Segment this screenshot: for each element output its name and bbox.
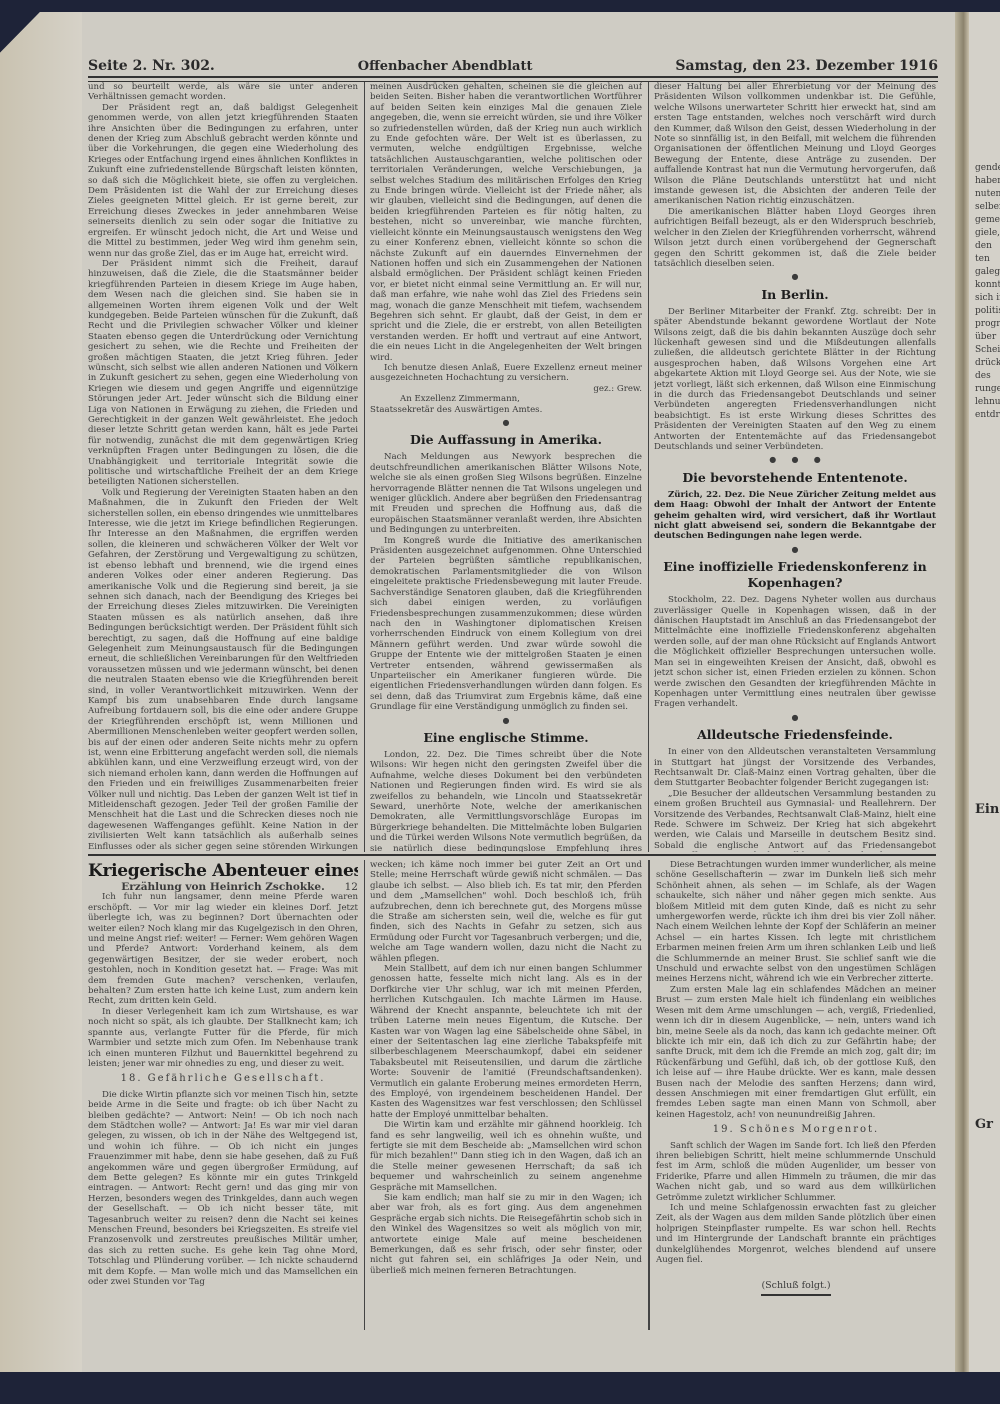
paragraph: Die dicke Wirtin pflanzte sich vor meine…: [88, 1090, 358, 1288]
chapter-heading: 19. Schönes Morgenrot.: [656, 1125, 936, 1135]
feuilleton-column-2: wecken; ich käme noch immer bei guter Ze…: [370, 860, 642, 1330]
text-fragment: rungen: [969, 383, 1000, 396]
paragraph: Die Wirtin kam und erzählte mir gähnend …: [370, 1120, 642, 1193]
headline-ententenote: Die bevorstehende Ententenote.: [654, 470, 936, 486]
text-fragment: nuten: [969, 188, 1000, 201]
paragraph: Stockholm, 22. Dez. Dagens Nyheter wolle…: [654, 595, 936, 709]
headline-englische-stimme: Eine englische Stimme.: [370, 730, 642, 746]
paragraph: Die amerikanischen Blätter haben Lloyd G…: [654, 207, 936, 269]
adjacent-page: gende haben nuten selben gemein giele, d…: [969, 12, 1000, 1372]
separator-dot: ●: [654, 713, 936, 723]
paragraph: wecken; ich käme noch immer bei guter Ze…: [370, 860, 642, 964]
next-page-headline: Ein: [969, 802, 1000, 817]
paragraph: meinen Ausdrücken gehalten, scheinen sie…: [370, 82, 642, 363]
paragraph: Zum ersten Male lag ein schlafendes Mädc…: [656, 985, 936, 1120]
text-fragment: konnte: [969, 279, 1000, 292]
continuation-note: (Schluß folgt.): [656, 1281, 936, 1291]
column-divider: [364, 860, 365, 1330]
text-fragment: entdrü: [969, 409, 1000, 422]
headline-in-berlin: In Berlin.: [654, 287, 936, 303]
column-2: meinen Ausdrücken gehalten, scheinen sie…: [370, 82, 642, 852]
schluss-folgt: (Schluß folgt.): [761, 1280, 830, 1296]
newspaper-title: Offenbacher Abendblatt: [358, 59, 533, 74]
feuilleton-divider: [88, 854, 936, 856]
next-page-headline: Gr: [969, 1117, 1000, 1132]
paragraph: Sie kam endlich; man half sie zu mir in …: [370, 1193, 642, 1276]
text-fragment: drückli: [969, 357, 1000, 370]
signature: gez.: Grew.: [370, 384, 642, 394]
column-1: und so beurteilt werde, als wäre sie unt…: [88, 82, 358, 852]
newspaper-page: Seite 2. Nr. 302. Offenbacher Abendblatt…: [0, 12, 1000, 1372]
paragraph: In dieser Verlegenheit kam ich zum Wirts…: [88, 1007, 358, 1069]
separator-dot: ●: [654, 272, 936, 282]
feuilleton-column-1: Kriegerische Abenteuer eines Friedfertig…: [88, 860, 358, 1330]
paragraph: Mein Stallbett, auf dem ich nur einen ba…: [370, 964, 642, 1120]
text-fragment: lehnung: [969, 396, 1000, 409]
page-gutter: [0, 12, 82, 1372]
text-fragment: ten: [969, 253, 1000, 266]
column-3: dieser Haltung bei aller Ehrerbietung vo…: [654, 82, 936, 852]
addressee: An Exzellenz Zimmermann,: [370, 394, 642, 404]
paragraph: und so beurteilt werde, als wäre sie unt…: [88, 82, 358, 103]
headline-amerika: Die Auffassung in Amerika.: [370, 432, 642, 448]
headline-alldeutsche: Alldeutsche Friedensfeinde.: [654, 727, 936, 743]
addressee: Staatssekretär des Auswärtigen Amtes.: [370, 405, 642, 415]
text-fragment: galegen: [969, 266, 1000, 279]
text-fragment: selben: [969, 201, 1000, 214]
text-fragment: progra: [969, 318, 1000, 331]
paragraph: Sanft schlich der Wagen im Sande fort. I…: [656, 1141, 936, 1203]
paragraph: Der Berliner Mitarbeiter der Frankf. Ztg…: [654, 307, 936, 453]
column-divider: [364, 82, 365, 852]
chapter-heading: 18. Gefährliche Gesellschaft.: [88, 1074, 358, 1084]
text-fragment: gemein: [969, 214, 1000, 227]
separator-dot: ●: [370, 418, 642, 428]
paragraph: Der Präsident nimmt sich die Freiheit, d…: [88, 259, 358, 488]
byline: Erzählung von Heinrich Zschokke. 12: [88, 882, 358, 892]
column-divider: [648, 82, 649, 852]
paragraph: dieser Haltung bei aller Ehrerbietung vo…: [654, 82, 936, 207]
paragraph: Im Kongreß wurde die Initiative des amer…: [370, 536, 642, 713]
text-fragment: sich im: [969, 292, 1000, 305]
paragraph: Diese Betrachtungen wurden immer wunderl…: [656, 860, 936, 985]
paragraph: Volk und Regierung der Vereinigten Staat…: [88, 488, 358, 852]
paragraph: Zürich, 22. Dez. Die Neue Züricher Zeitu…: [654, 490, 936, 542]
feuilleton-column-3: Diese Betrachtungen wurden immer wunderl…: [656, 860, 936, 1330]
text-fragment: über: [969, 331, 1000, 344]
separator-dot: ●: [370, 716, 642, 726]
text-fragment: politis: [969, 305, 1000, 318]
column-divider: [648, 860, 650, 1330]
page-header: Seite 2. Nr. 302. Offenbacher Abendblatt…: [88, 52, 938, 74]
author-line: Erzählung von Heinrich Zschokke.: [121, 881, 325, 893]
text-fragment: des: [969, 370, 1000, 383]
text-fragment: den: [969, 240, 1000, 253]
text-fragment: haben: [969, 175, 1000, 188]
text-fragment: giele,: [969, 227, 1000, 240]
paragraph: Ich benutze diesen Anlaß, Euere Exzellen…: [370, 363, 642, 384]
separator-dots: ● ● ●: [654, 455, 936, 465]
headline-friedenskonferenz: Eine inoffizielle Friedenskonferenz in K…: [654, 559, 936, 591]
page-number: Seite 2. Nr. 302.: [88, 58, 215, 74]
text-fragment: Scheide: [969, 344, 1000, 357]
paragraph: „Die Besucher der alldeutschen Versammlu…: [654, 789, 936, 852]
feuilleton-title: Kriegerische Abenteuer eines Friedfertig…: [88, 860, 358, 882]
paragraph: Ich und meine Schlafgenossin erwachten f…: [656, 1203, 936, 1265]
separator-dot: ●: [654, 545, 936, 555]
paragraph: Der Präsident regt an, daß baldigst Gele…: [88, 103, 358, 259]
installment-number: 12: [345, 882, 358, 892]
paragraph: London, 22. Dez. Die Times schreibt über…: [370, 750, 642, 852]
paragraph: Nach Meldungen aus Newyork besprechen di…: [370, 452, 642, 535]
book-spine: [955, 12, 969, 1372]
paragraph: Ich fuhr nun langsamer, denn meine Pferd…: [88, 892, 358, 1006]
paragraph: In einer von den Alldeutschen veranstalt…: [654, 747, 936, 789]
issue-date: Samstag, den 23. Dezember 1916: [675, 58, 938, 74]
text-fragment: gende: [969, 162, 1000, 175]
